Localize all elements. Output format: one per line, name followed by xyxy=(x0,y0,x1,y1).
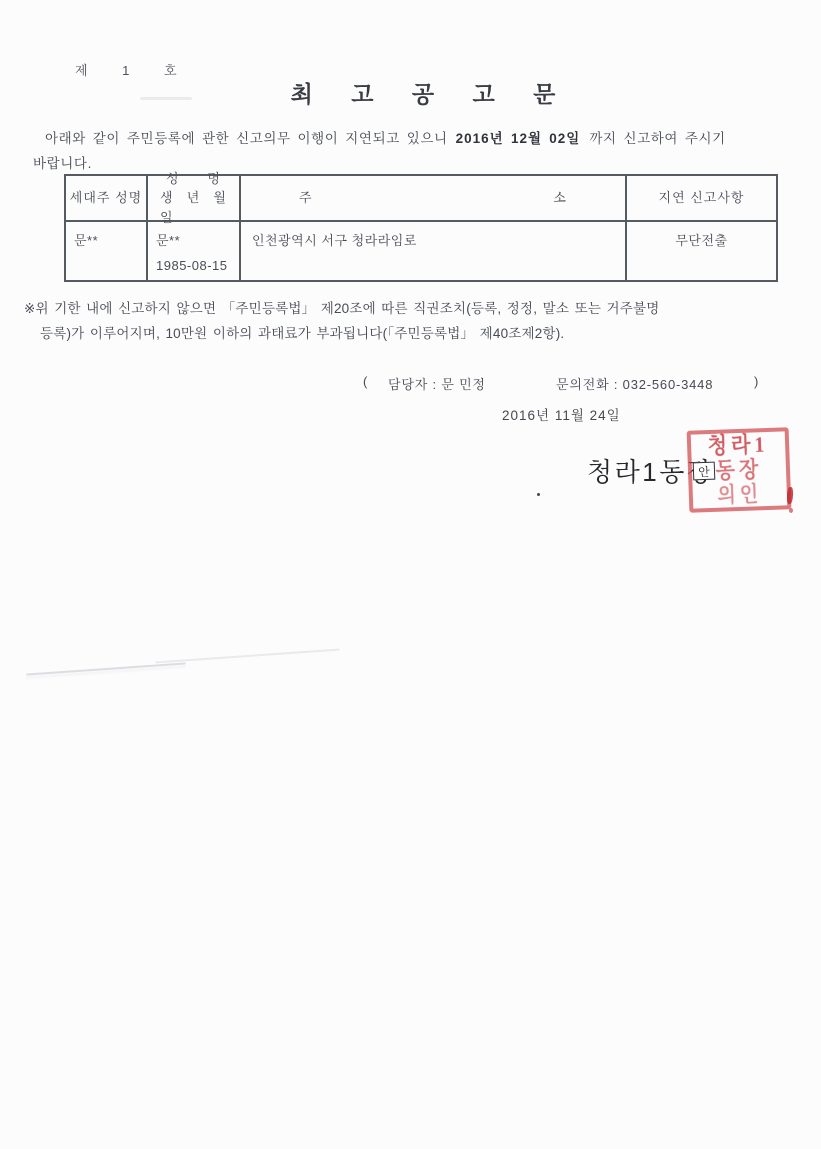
legal-note-line1: ※위 기한 내에 신고하지 않으면 「주민등록법」 제20조에 따른 직권조치(… xyxy=(24,297,660,317)
contact-paren-close: ) xyxy=(754,374,759,389)
table-header-address: 주 소 xyxy=(239,176,625,222)
table-cell-householder: 문** xyxy=(66,222,146,280)
header-label-name: 성 명 xyxy=(148,169,239,189)
approval-mark-box: 안 xyxy=(693,462,716,481)
header-label-delayed: 지연 신고사항 xyxy=(659,188,745,208)
scan-smear-artifact xyxy=(140,97,192,100)
table-header-householder-name: 세대주 성명 xyxy=(66,176,146,222)
row-birthdate: 1985-08-15 xyxy=(156,254,231,279)
issue-date: 2016년 11월 24일 xyxy=(502,404,621,424)
scan-dot-artifact xyxy=(537,493,540,496)
document-title: 최 고 공 고 문 xyxy=(0,76,821,109)
intro-paragraph-line2: 바랍니다. xyxy=(33,152,92,172)
table-cell-address: 인천광역시 서구 청라라임로 xyxy=(239,222,625,280)
legal-note-line2: 등록)가 이루어지며, 10만원 이하의 과태료가 부과됩니다(「주민등록법」 … xyxy=(40,322,564,342)
seal-text-row3: 의인 xyxy=(693,483,788,508)
seal-text-row1: 청라1 xyxy=(691,433,786,459)
intro-text-post: 까지 신고하여 주시기 xyxy=(589,131,725,146)
table-header-delayed-item: 지연 신고사항 xyxy=(625,176,776,222)
deadline-date: 2016년 12월 02일 xyxy=(456,131,581,146)
scanned-notice-document: 제 1 호 최 고 공 고 문 아래와 같이 주민등록에 관한 신고의무 이행이… xyxy=(0,0,821,1149)
notice-table: 세대주 성명 성 명 생 년 월 일 주 소 지연 신고사항 문** 문** 1… xyxy=(64,174,778,282)
scan-smudge-artifact-1 xyxy=(26,662,186,675)
contact-paren-open: ( xyxy=(363,374,368,389)
seal-ink-dot xyxy=(789,508,793,513)
intro-paragraph-line1: 아래와 같이 주민등록에 관한 신고의무 이행이 지연되고 있으니2016년 1… xyxy=(45,127,815,147)
intro-text-pre: 아래와 같이 주민등록에 관한 신고의무 이행이 지연되고 있으니 xyxy=(45,131,448,146)
contact-officer: 담당자 : 문 민정 xyxy=(388,374,486,393)
table-header-name-birthdate: 성 명 생 년 월 일 xyxy=(146,176,239,222)
table-cell-delayed-item: 무단전출 xyxy=(625,222,776,280)
table-cell-name-birthdate: 문** 1985-08-15 xyxy=(146,222,239,280)
row-name: 문** xyxy=(156,229,231,254)
header-label-address: 주 소 xyxy=(241,188,625,208)
seal-ink-drip xyxy=(786,487,793,504)
header-label: 세대주 성명 xyxy=(70,188,142,208)
scan-smudge-artifact-2 xyxy=(155,649,340,664)
contact-phone: 문의전화 : 032-560-3448 xyxy=(556,374,713,393)
